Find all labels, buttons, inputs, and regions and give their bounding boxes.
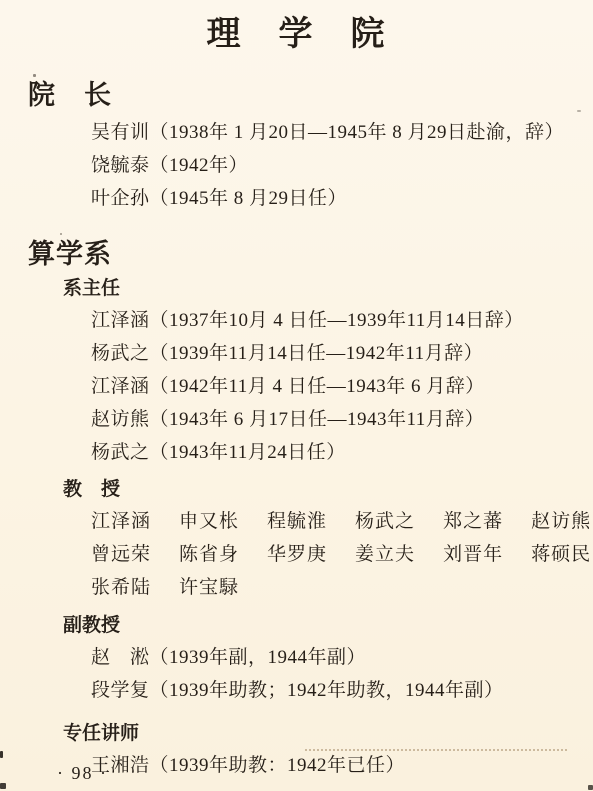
chair-entry: 杨武之（1939年11月14日任—1942年11月辞） [91,337,593,370]
professors-row: 江泽涵 申又枨 程毓淮 杨武之 郑之蕃 赵访熊 [91,505,593,538]
professor-name: 陈省身 [179,538,239,571]
professor-name: 张希陆 [91,571,151,604]
lecturer-entry: 王湘浩（1939年助教：1942年已任） [91,749,593,782]
professor-name: 姜立夫 [355,538,415,571]
chair-entry: 赵访熊（1943年 6 月17日任—1943年11月辞） [91,403,593,436]
scan-artifact-speck [0,783,6,789]
associate-professor-entry: 段学复（1939年助教；1942年助教，1944年副） [91,674,593,707]
professor-name: 杨武之 [355,505,415,538]
associate-professor-entry: 赵 淞（1939年副，1944年副） [91,641,593,674]
professors-row: 张希陆 许宝騄 [91,571,593,604]
scan-artifact-speck [588,785,593,790]
professors-list: 江泽涵 申又枨 程毓淮 杨武之 郑之蕃 赵访熊 曾远荣 陈省身 华罗庚 姜立夫 … [91,505,593,604]
chair-heading: 系主任 [63,277,593,301]
math-dept-heading: 算学系 [28,236,593,272]
scan-artifact-speck [0,751,3,758]
associate-professors-heading: 副教授 [63,614,593,638]
chair-entry: 江泽涵（1937年10月 4 日任—1939年11月14日辞） [91,304,593,337]
professors-row: 曾远荣 陈省身 华罗庚 姜立夫 刘晋年 蒋硕民 [91,538,593,571]
professor-name: 曾远荣 [91,538,151,571]
professor-name: 程毓淮 [267,505,327,538]
professor-name: 许宝騄 [179,571,239,604]
chair-entry: 江泽涵（1942年11月 4 日任—1943年 6 月辞） [91,370,593,403]
lecturers-heading: 专任讲师 [63,722,593,746]
professor-name: 郑之蕃 [443,505,503,538]
dean-entry: 叶企孙（1945年 8 月29日任） [91,182,593,215]
dean-section-heading: 院 长 [28,77,593,113]
professor-name: 刘晋年 [443,538,503,571]
dean-entry: 饶毓泰（1942年） [91,149,593,182]
scanned-book-page: 理 学 院 院 长 吴有训（1938年 1 月20日—1945年 8 月29日赴… [0,0,593,791]
professor-name: 赵访熊 [531,505,591,538]
professor-name: 蒋硕民 [531,538,591,571]
professor-name: 申又枨 [179,505,239,538]
chair-entries: 江泽涵（1937年10月 4 日任—1939年11月14日辞） 杨武之（1939… [91,304,593,469]
chair-entry: 杨武之（1943年11月24日任） [91,436,593,469]
dean-entry: 吴有训（1938年 1 月20日—1945年 8 月29日赴渝，辞） [91,116,593,149]
lecturer-entries: 王湘浩（1939年助教：1942年已任） [91,749,593,782]
page-number: · 98 · [57,763,108,784]
page-title: 理 学 院 [0,0,593,56]
professor-name: 华罗庚 [267,538,327,571]
scan-artifact-speck [60,233,62,235]
professors-heading: 教 授 [63,478,593,502]
professor-name: 江泽涵 [91,505,151,538]
dean-entries: 吴有训（1938年 1 月20日—1945年 8 月29日赴渝，辞） 饶毓泰（1… [91,116,593,215]
associate-professor-entries: 赵 淞（1939年副，1944年副） 段学复（1939年助教；1942年助教，1… [91,641,593,707]
